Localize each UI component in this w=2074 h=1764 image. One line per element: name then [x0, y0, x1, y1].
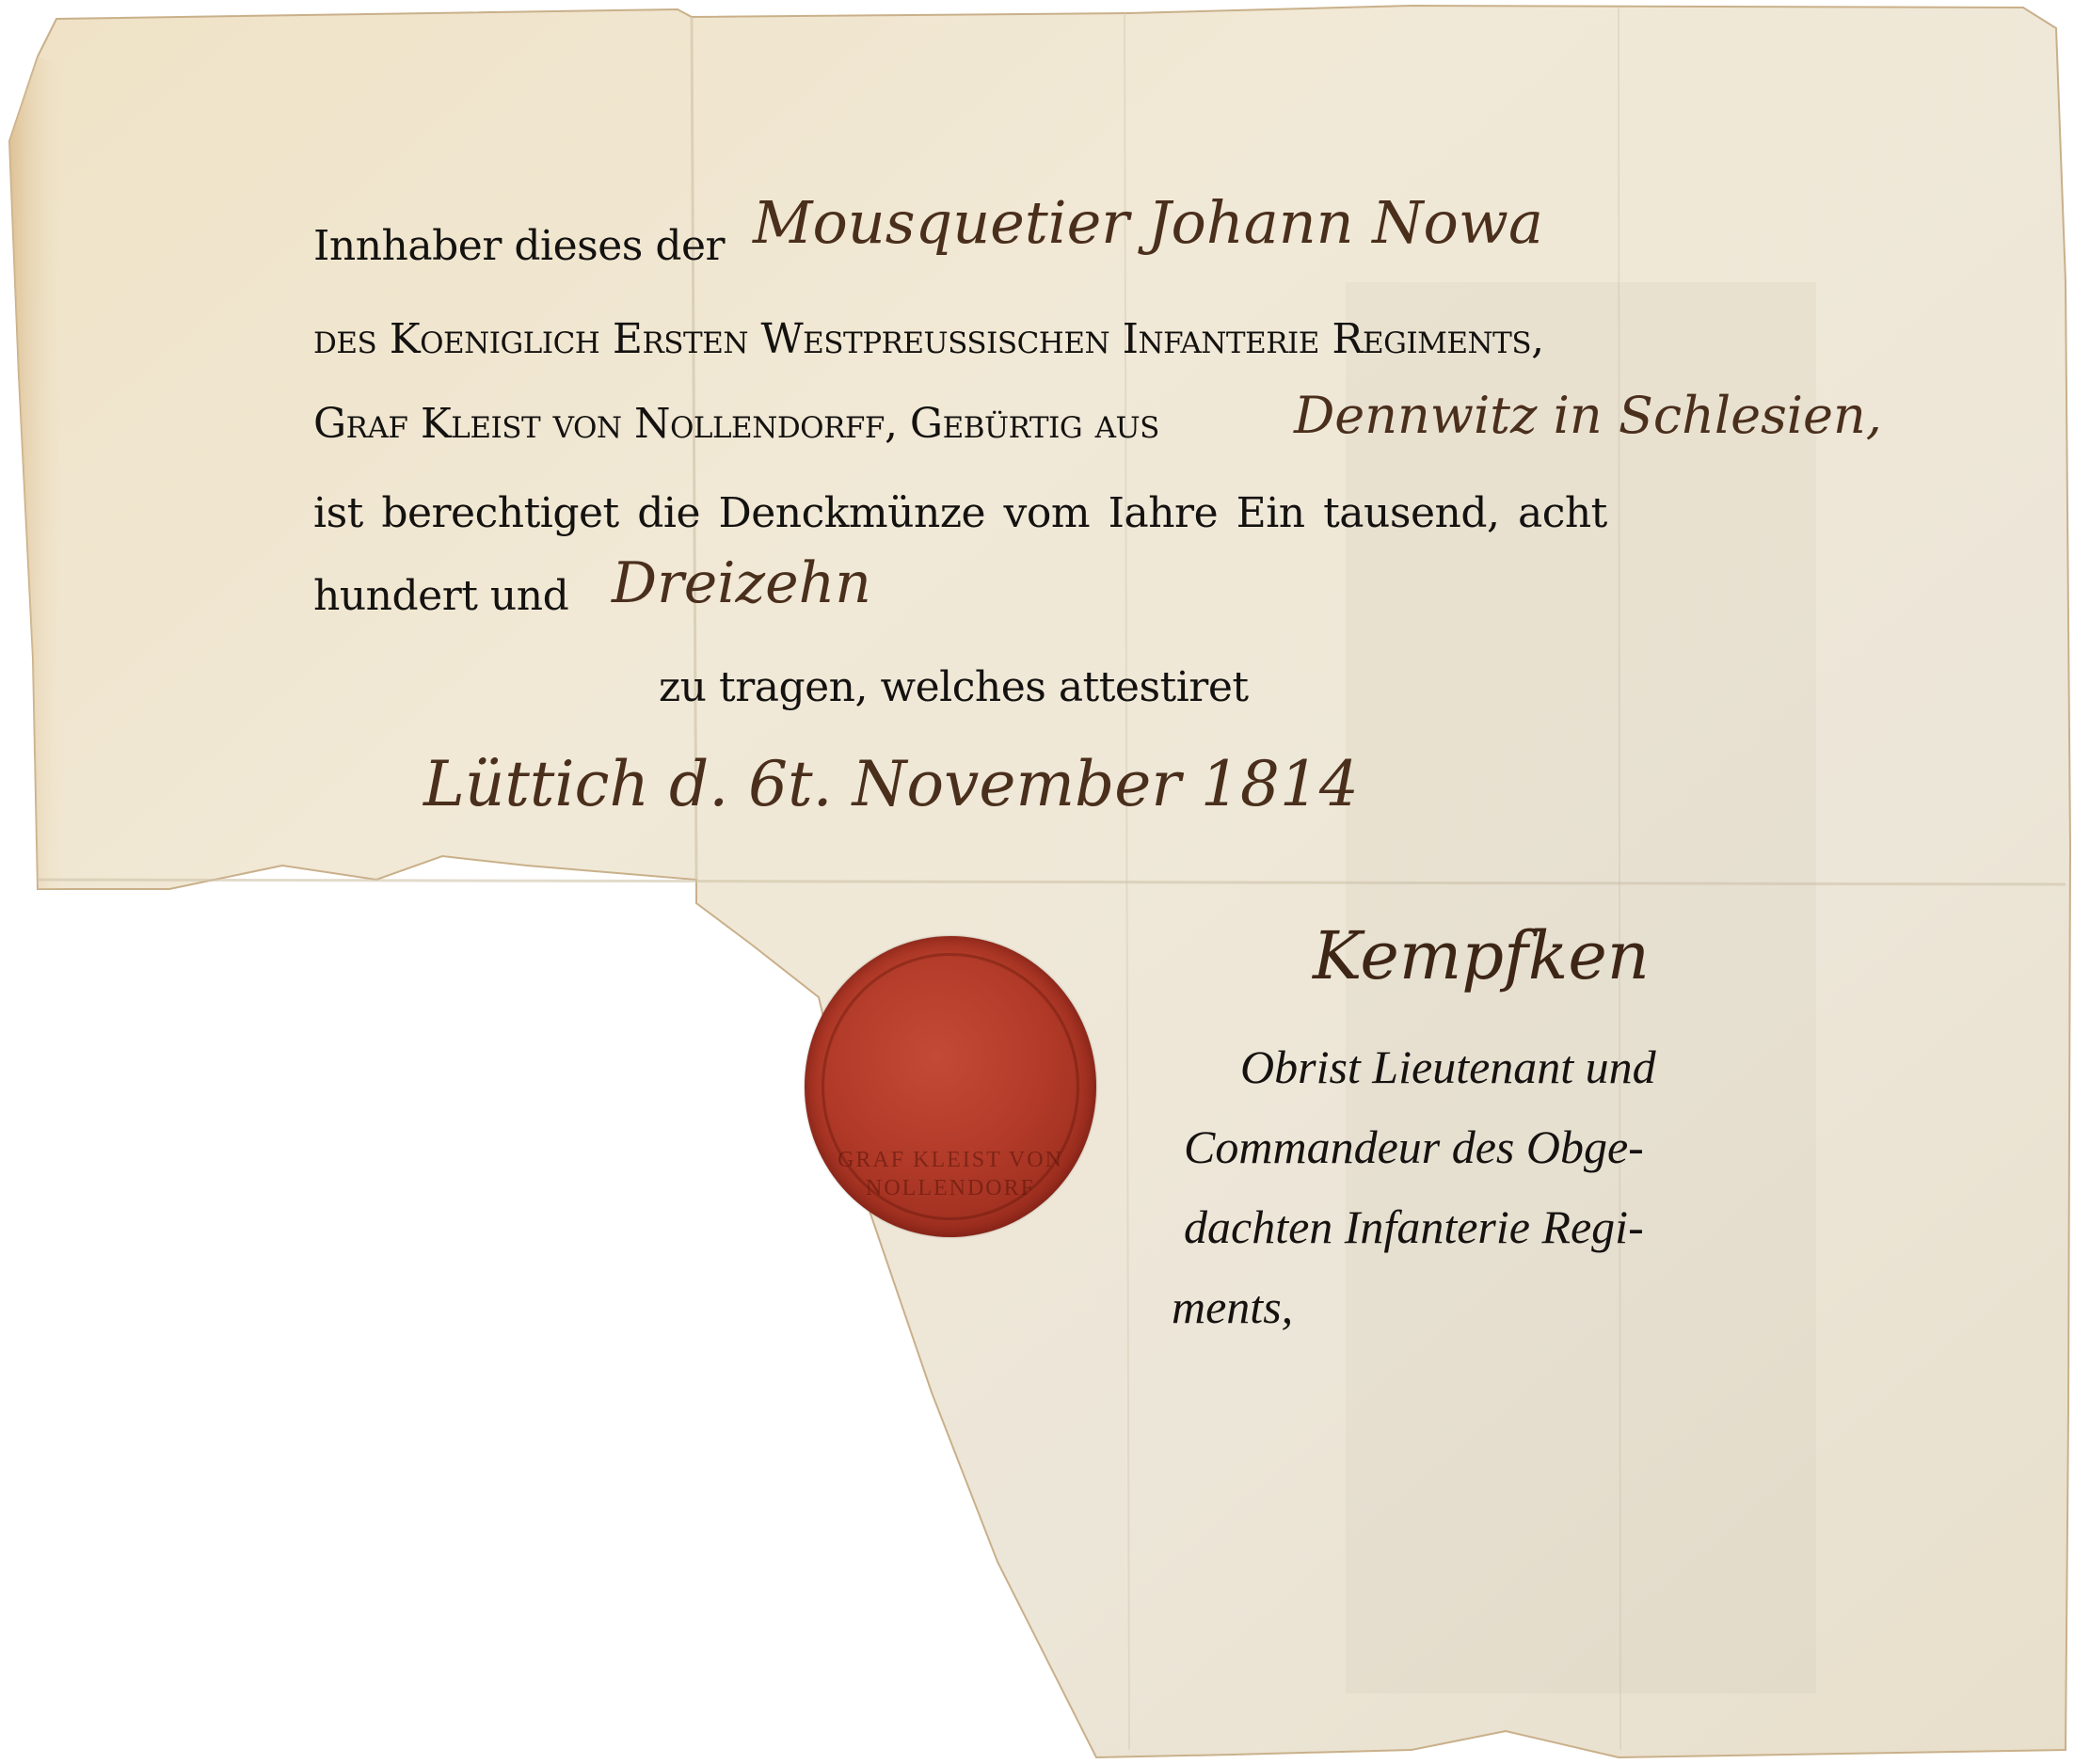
line1-printed: Innhaber dieses der [313, 222, 725, 270]
seal-legend-top: GRAF KLEIST VON [805, 1148, 1096, 1173]
line2-printed: des Koeniglich Ersten Westpreussischen I… [313, 315, 1544, 363]
wax-seal: GRAF KLEIST VON NOLLENDORF [805, 936, 1096, 1237]
paper-sheet [0, 0, 2074, 1764]
line3-handwritten-birthplace: Dennwitz in Schlesien, [1294, 386, 1882, 445]
signature-title-line-2: Commandeur des Obge- [1184, 1120, 1644, 1174]
line3-printed-text: Graf Kleist von Nollendorff, Gebürtig au… [313, 400, 1159, 448]
signature-title-line-3: dachten Infanterie Regi- [1184, 1200, 1644, 1254]
line1-handwritten-name: Mousquetier Johann Nowa [753, 188, 1543, 257]
signature-title-line-1: Obrist Lieutenant und [1240, 1040, 1656, 1094]
line3-printed: Graf Kleist von Nollendorff, Gebürtig au… [313, 400, 1159, 448]
certificate-document: Innhaber dieses der Mousquetier Johann N… [0, 0, 2074, 1764]
line5-handwritten-year: Dreizehn [612, 550, 871, 616]
signature-title-line-4: ments, [1172, 1279, 1293, 1334]
signature-handwritten: Kempfken [1313, 917, 1650, 994]
place-date-handwritten: Lüttich d. 6t. November 1814 [423, 748, 1359, 820]
line6-printed: zu tragen, welches attestiret [659, 663, 1249, 711]
line5-printed: hundert und [313, 572, 568, 620]
seal-legend-bottom: NOLLENDORF [805, 1176, 1096, 1201]
line4-printed: ist berechtiget die Denckmünze vom Iahre… [313, 489, 1607, 537]
